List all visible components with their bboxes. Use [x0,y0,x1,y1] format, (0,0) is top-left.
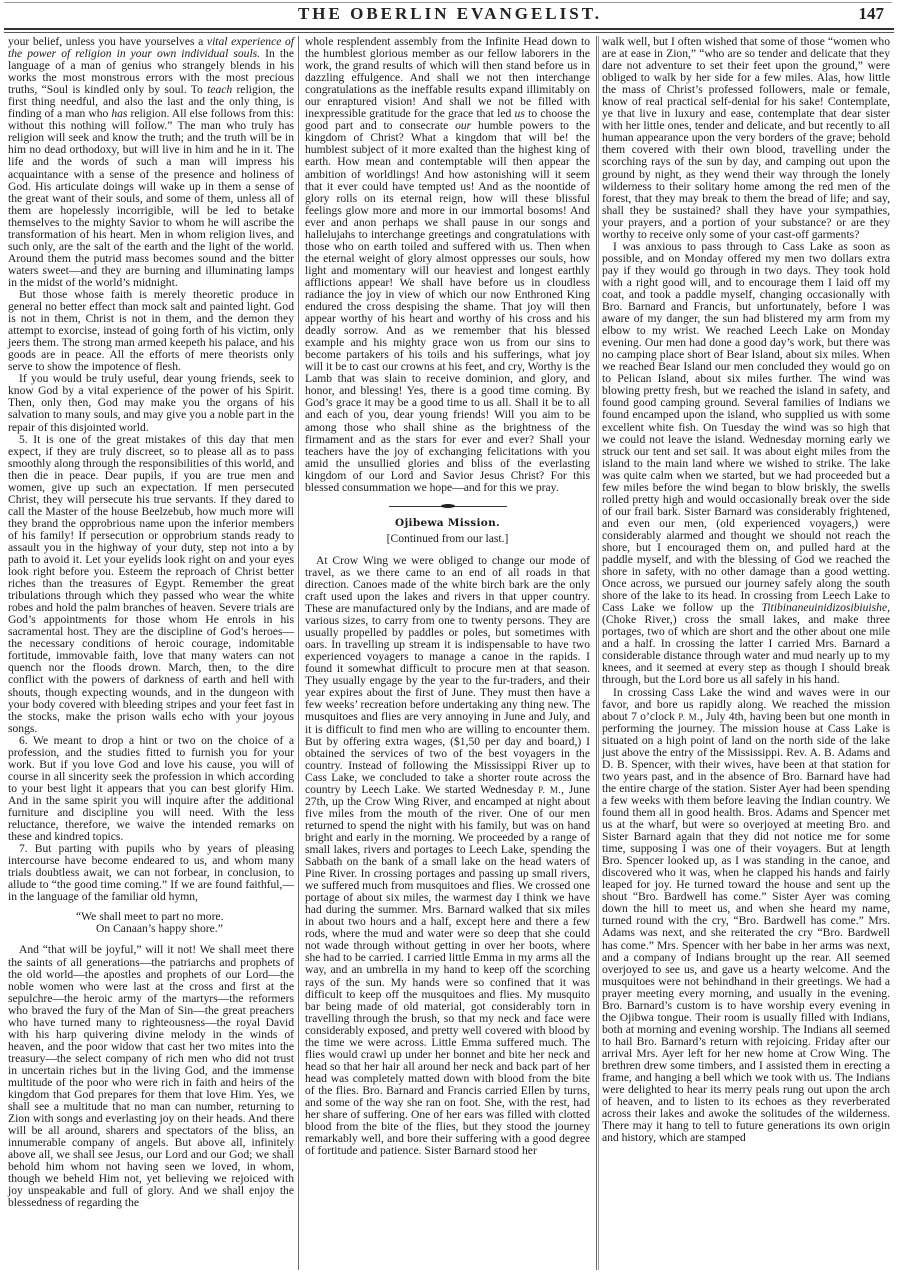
masthead-rule-thin [4,32,894,33]
paragraph: If you would be truly useful, dear young… [8,373,294,433]
paragraph: 6. We meant to drop a hint or two on the… [8,735,294,843]
column-3: walk well, but I often wished that some … [602,36,890,1144]
hymn-line: On Canaan’s happy shore.” [8,923,294,935]
masthead: THE OBERLIN EVANGELIST. 147 [0,4,900,26]
paragraph: walk well, but I often wished that some … [602,36,890,241]
paragraph: And “that will be joyful,” will it not! … [8,944,294,1209]
paragraph: your belief, unless you have yourselves … [8,36,294,289]
newspaper-page: THE OBERLIN EVANGELIST. 147 your belief,… [0,0,900,1274]
column-2: whole resplendent assembly from the Infi… [305,36,590,1157]
article-heading: Ojibewa Mission. [305,517,590,529]
article-subheading: [Continued from our last.] [305,533,590,545]
paragraph: But those whose faith is merely theoreti… [8,289,294,373]
hymn-quote: “We shall meet to part no more. On Canaa… [8,911,294,935]
column-divider [596,36,597,1270]
paragraph: In crossing Cass Lake the wind and waves… [602,687,890,1145]
top-rule [4,2,892,3]
column-1: your belief, unless you have yourselves … [8,36,294,1210]
section-divider-ornament [389,506,507,507]
paragraph: I was anxious to pass through to Cass La… [602,241,890,687]
paragraph: 7. But parting with pupils who by years … [8,843,294,903]
column-divider [598,36,599,1270]
masthead-rule [4,28,894,30]
column-divider [298,36,299,1270]
paragraph: whole resplendent assembly from the Infi… [305,36,590,494]
paragraph: At Crow Wing we were obliged to change o… [305,555,590,1157]
page-number: 147 [859,4,885,24]
publication-title: THE OBERLIN EVANGELIST. [0,4,900,24]
paragraph: 5. It is one of the great mistakes of th… [8,434,294,735]
